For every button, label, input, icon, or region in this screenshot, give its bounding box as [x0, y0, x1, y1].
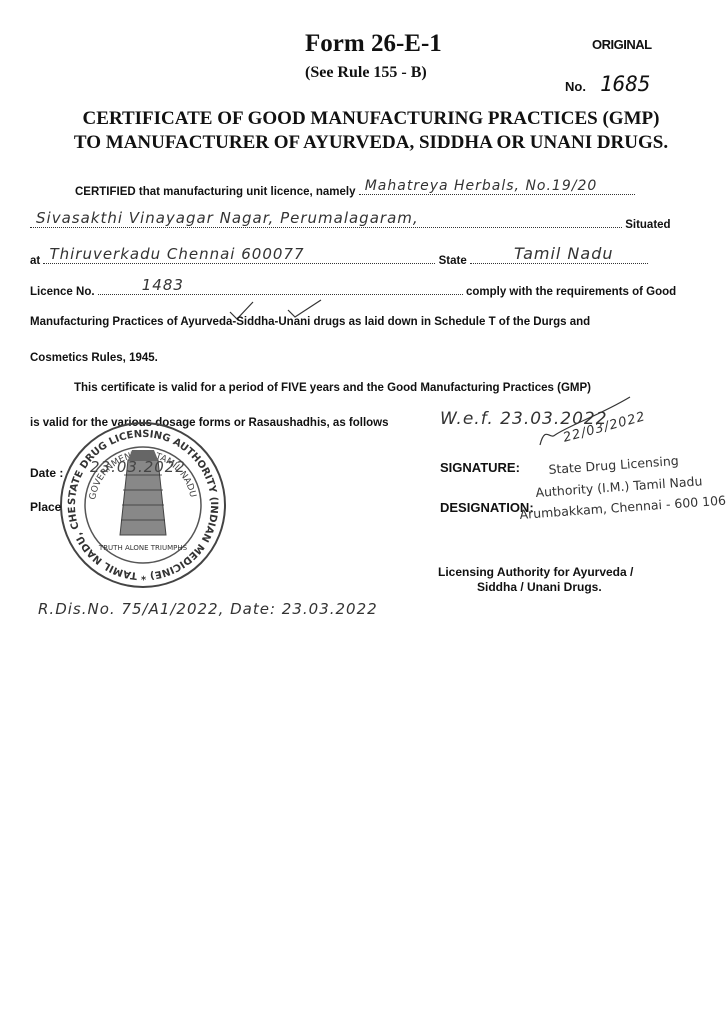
number-label: No. — [565, 79, 586, 94]
certificate-title-line2: TO MANUFACTURER OF AYURVEDA, SIDDHA OR U… — [8, 131, 726, 155]
at-label: at — [30, 255, 40, 267]
situated-label: Situated — [625, 219, 670, 231]
authority-line1: Licensing Authority for Ayurveda / — [438, 565, 633, 579]
location-line: at Thiruverkadu Chennai 600077 State Tam… — [30, 249, 648, 267]
licence-field: 1483 — [98, 280, 463, 295]
licence-line: Licence No. 1483 comply with the require… — [30, 280, 676, 298]
official-seal-icon: STATE DRUG LICENSING AUTHORITY (INDIAN M… — [58, 420, 228, 590]
stamp-line-1: State Drug Licensing — [548, 453, 679, 477]
rule-reference: (See Rule 155 - B) — [305, 64, 427, 82]
state-label: State — [439, 255, 467, 267]
comply-text: comply with the requirements of Good — [466, 286, 676, 298]
state-value: Tamil Nadu — [514, 244, 614, 263]
form-title: Form 26-E-1 — [305, 30, 442, 58]
licence-value: 1483 — [142, 276, 184, 294]
address-line: Sivasakthi Vinayagar Nagar, Perumalagara… — [30, 213, 671, 231]
location-field: Thiruverkadu Chennai 600077 — [43, 249, 435, 264]
unit-name-value: Mahatreya Herbals, No.19/20 — [365, 178, 598, 194]
date-label: Date : — [30, 466, 63, 480]
authority-line2: Siddha / Unani Drugs. — [477, 580, 602, 594]
state-field: Tamil Nadu — [470, 249, 648, 264]
certificate-title-line1: CERTIFICATE OF GOOD MANUFACTURING PRACTI… — [8, 107, 726, 131]
address-field: Sivasakthi Vinayagar Nagar, Perumalagara… — [30, 213, 622, 228]
unit-name-field: Mahatreya Herbals, No.19/20 — [359, 180, 635, 195]
signature-label: SIGNATURE: — [440, 460, 520, 475]
certified-line: CERTIFIED that manufacturing unit licenc… — [75, 180, 635, 198]
copy-label: ORIGINAL — [592, 37, 652, 52]
gmp-text-line3: Cosmetics Rules, 1945. — [30, 352, 158, 364]
certified-prefix: CERTIFIED that manufacturing unit licenc… — [75, 186, 356, 198]
validity-line1: This certificate is valid for a period o… — [74, 382, 591, 394]
seal-motto: TRUTH ALONE TRIUMPHS — [98, 544, 188, 552]
reference-note: R.Dis.No. 75/A1/2022, Date: 23.03.2022 — [38, 600, 378, 618]
place-label: Place — [30, 500, 61, 514]
location-value: Thiruverkadu Chennai 600077 — [49, 245, 304, 263]
date-value: 23.03.2022 — [90, 458, 186, 476]
licence-label: Licence No. — [30, 286, 95, 298]
certificate-number: 1685 — [600, 72, 651, 96]
address-value: Sivasakthi Vinayagar Nagar, Perumalagara… — [36, 209, 419, 227]
gmp-text-line2: Manufacturing Practices of Ayurveda-Sidd… — [30, 316, 590, 328]
